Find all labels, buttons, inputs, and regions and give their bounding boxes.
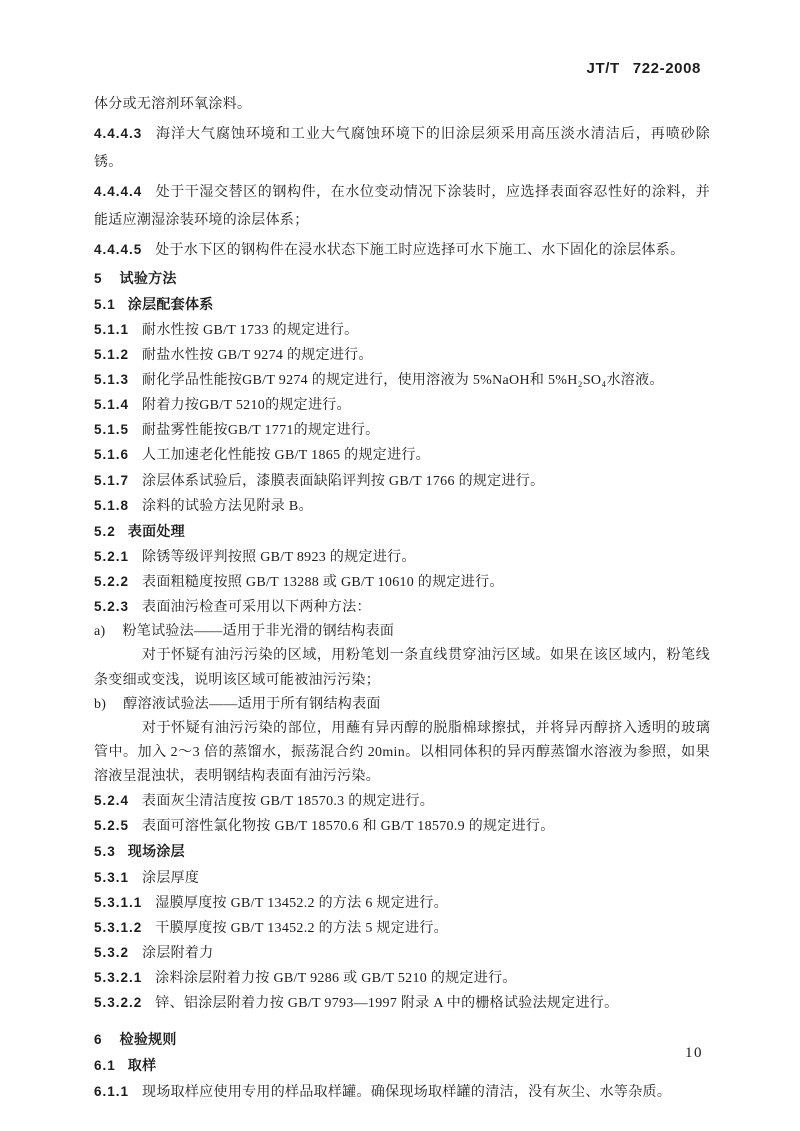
clause-number: 5.1.4 <box>94 397 129 412</box>
clause-number: 5.3.1 <box>94 870 129 885</box>
clause-number: 5.2.1 <box>94 549 129 564</box>
clause-text: 表面可溶性氯化物按 GB/T 18570.6 和 GB/T 18570.9 的规… <box>142 819 554 834</box>
clause-text: 湿膜厚度按 GB/T 13452.2 的方法 6 规定进行。 <box>155 896 448 911</box>
clause-number: 5.2.5 <box>94 818 129 833</box>
clause-text: 涂料涂层附着力按 GB/T 9286 或 GB/T 5210 的规定进行。 <box>155 971 516 986</box>
clause-number: 5.1.6 <box>94 447 129 462</box>
clause-text: 除锈等级评判按照 GB/T 8923 的规定进行。 <box>142 550 416 565</box>
clause-number: 5.3.2.2 <box>94 995 142 1010</box>
clause-number: 5.1.5 <box>94 422 129 437</box>
list-item-a-description: 对于怀疑有油污污染的区域，用粉笔划一条直线贯穿油污区域。如果在该区域内，粉笔线条… <box>94 644 710 692</box>
standard-number: 722-2008 <box>633 60 701 77</box>
clause-4-4-4-5: 4.4.4.5处于水下区的钢构件在浸水状态下施工时应选择可水下施工、水下固化的涂… <box>94 236 710 266</box>
clause-text: 处于水下区的钢构件在浸水状态下施工时应选择可水下施工、水下固化的涂层体系。 <box>155 243 684 258</box>
clause-number: 6.1.1 <box>94 1084 129 1099</box>
clause-5-1-6: 5.1.6人工加速老化性能按 GB/T 1865 的规定进行。 <box>94 443 710 468</box>
clause-text: 耐盐雾性能按GB/T 1771的规定进行。 <box>142 423 379 438</box>
clause-number: 5.1.7 <box>94 473 129 488</box>
clause-5-3-2-2: 5.3.2.2锌、铝涂层附着力按 GB/T 9793—1997 附录 A 中的栅… <box>94 991 710 1016</box>
clause-number: 5.1.2 <box>94 347 129 362</box>
clause-5-1-1: 5.1.1耐水性按 GB/T 1733 的规定进行。 <box>94 318 710 343</box>
paragraph-text: 对于怀疑有油污污染的部位，用蘸有异丙醇的脱脂棉球擦拭，并将异丙醇挤入透明的玻璃管… <box>94 721 710 784</box>
clause-number: 4.4.4.3 <box>94 126 142 141</box>
list-item-a: a)粉笔试验法——适用于非光滑的钢结构表面 <box>94 620 710 644</box>
heading-5: 5试验方法 <box>94 266 710 292</box>
clause-5-1-2: 5.1.2耐盐水性按 GB/T 9274 的规定进行。 <box>94 343 710 368</box>
heading-number: 5 <box>94 271 103 286</box>
clause-number: 5.3.2 <box>94 945 129 960</box>
clause-text: 耐盐水性按 GB/T 9274 的规定进行。 <box>142 348 373 363</box>
clause-number: 5.1.1 <box>94 322 129 337</box>
clause-number: 5.1.8 <box>94 498 129 513</box>
heading-text: 现场涂层 <box>128 843 185 859</box>
list-text: 醇溶液试验法——适用于所有钢结构表面 <box>123 697 380 712</box>
heading-5-3: 5.3现场涂层 <box>94 839 710 865</box>
heading-text: 试验方法 <box>120 270 177 286</box>
clause-text: 锌、铝涂层附着力按 GB/T 9793—1997 附录 A 中的栅格试验法规定进… <box>155 996 618 1011</box>
clause-text: 耐化学品性能按GB/T 9274 的规定进行，使用溶液为 5%NaOH和 5%H… <box>142 373 664 388</box>
list-text: 粉笔试验法——适用于非光滑的钢结构表面 <box>122 624 394 639</box>
list-item-b-description: 对于怀疑有油污污染的部位，用蘸有异丙醇的脱脂棉球擦拭，并将异丙醇挤入透明的玻璃管… <box>94 717 710 789</box>
clause-number: 5.3.1.2 <box>94 920 142 935</box>
clause-5-3-2-1: 5.3.2.1涂料涂层附着力按 GB/T 9286 或 GB/T 5210 的规… <box>94 966 710 991</box>
paragraph-continuation: 体分或无溶剂环氧涂料。 <box>94 91 710 120</box>
clause-text: 耐水性按 GB/T 1733 的规定进行。 <box>142 323 358 338</box>
clause-number: 5.2.2 <box>94 574 129 589</box>
clause-4-4-4-3: 4.4.4.3海洋大气腐蚀环境和工业大气腐蚀环境下的旧涂层须采用高压淡水清洁后，… <box>94 120 710 178</box>
list-item-b: b)醇溶液试验法——适用于所有钢结构表面 <box>94 693 710 717</box>
clause-5-2-3: 5.2.3表面油污检查可采用以下两种方法： <box>94 595 710 620</box>
clause-text: 现场取样应使用专用的样品取样罐。确保现场取样罐的清洁，没有灰尘、水等杂质。 <box>142 1085 671 1100</box>
clause-text: 附着力按GB/T 5210的规定进行。 <box>142 398 351 413</box>
clause-5-1-4: 5.1.4附着力按GB/T 5210的规定进行。 <box>94 393 710 418</box>
clause-5-3-1-1: 5.3.1.1湿膜厚度按 GB/T 13452.2 的方法 6 规定进行。 <box>94 891 710 916</box>
clause-number: 5.1.3 <box>94 372 129 387</box>
clause-text: 表面油污检查可采用以下两种方法： <box>142 600 371 615</box>
heading-6: 6检验规则 <box>94 1027 710 1053</box>
heading-text: 涂层配套体系 <box>128 296 214 312</box>
document-reference-header: JT/T722-2008 <box>587 60 701 77</box>
clause-text: 干膜厚度按 GB/T 13452.2 的方法 5 规定进行。 <box>155 921 448 936</box>
clause-5-2-5: 5.2.5表面可溶性氯化物按 GB/T 18570.6 和 GB/T 18570… <box>94 814 710 839</box>
page-body: 体分或无溶剂环氧涂料。 4.4.4.3海洋大气腐蚀环境和工业大气腐蚀环境下的旧涂… <box>94 91 710 1105</box>
heading-number: 6.1 <box>94 1058 116 1073</box>
heading-6-1: 6.1取样 <box>94 1053 710 1079</box>
clause-text: 涂层附着力 <box>142 946 214 961</box>
heading-text: 表面处理 <box>128 523 185 539</box>
clause-text: 人工加速老化性能按 GB/T 1865 的规定进行。 <box>142 448 430 463</box>
section-4-block: 体分或无溶剂环氧涂料。 4.4.4.3海洋大气腐蚀环境和工业大气腐蚀环境下的旧涂… <box>94 91 710 266</box>
clause-5-2-2: 5.2.2表面粗糙度按照 GB/T 13288 或 GB/T 10610 的规定… <box>94 570 710 595</box>
clause-number: 5.2.4 <box>94 793 129 808</box>
clause-5-2-4: 5.2.4表面灰尘清洁度按 GB/T 18570.3 的规定进行。 <box>94 789 710 814</box>
heading-5-2: 5.2表面处理 <box>94 519 710 545</box>
page-number: 10 <box>685 1045 703 1062</box>
clause-number: 5.2.3 <box>94 599 129 614</box>
clause-number: 4.4.4.5 <box>94 242 142 257</box>
heading-number: 5.2 <box>94 524 116 539</box>
clause-text: 处于干湿交替区的钢构件，在水位变动情况下涂装时，应选择表面容忍性好的涂料，并能适… <box>94 185 710 229</box>
clause-5-1-3: 5.1.3耐化学品性能按GB/T 9274 的规定进行，使用溶液为 5%NaOH… <box>94 368 710 393</box>
clause-5-2-1: 5.2.1除锈等级评判按照 GB/T 8923 的规定进行。 <box>94 545 710 570</box>
clause-text: 表面灰尘清洁度按 GB/T 18570.3 的规定进行。 <box>142 794 434 809</box>
paragraph-text: 对于怀疑有油污污染的区域，用粉笔划一条直线贯穿油污区域。如果在该区域内，粉笔线条… <box>94 648 710 687</box>
clause-5-1-8: 5.1.8涂料的试验方法见附录 B。 <box>94 494 710 519</box>
heading-text: 检验规则 <box>120 1031 177 1047</box>
list-marker: b) <box>94 697 106 712</box>
clause-text: 海洋大气腐蚀环境和工业大气腐蚀环境下的旧涂层须采用高压淡水清洁后，再喷砂除锈。 <box>94 127 710 171</box>
heading-number: 5.1 <box>94 297 116 312</box>
clause-text: 涂料的试验方法见附录 B。 <box>142 499 313 514</box>
clause-6-1-1: 6.1.1现场取样应使用专用的样品取样罐。确保现场取样罐的清洁，没有灰尘、水等杂… <box>94 1080 710 1105</box>
clause-5-1-7: 5.1.7涂层体系试验后，漆膜表面缺陷评判按 GB/T 1766 的规定进行。 <box>94 469 710 494</box>
list-marker: a) <box>94 624 105 639</box>
clause-5-3-2: 5.3.2涂层附着力 <box>94 941 710 966</box>
clause-text: 表面粗糙度按照 GB/T 13288 或 GB/T 10610 的规定进行。 <box>142 575 504 590</box>
clause-number: 5.3.1.1 <box>94 895 142 910</box>
clause-text: 涂层体系试验后，漆膜表面缺陷评判按 GB/T 1766 的规定进行。 <box>142 474 544 489</box>
standard-code: JT/T <box>587 60 620 77</box>
section-5-6-block: 5试验方法 5.1涂层配套体系 5.1.1耐水性按 GB/T 1733 的规定进… <box>94 266 710 1105</box>
clause-5-3-1-2: 5.3.1.2干膜厚度按 GB/T 13452.2 的方法 5 规定进行。 <box>94 916 710 941</box>
heading-number: 5.3 <box>94 844 116 859</box>
document-page: JT/T722-2008 体分或无溶剂环氧涂料。 4.4.4.3海洋大气腐蚀环境… <box>0 0 800 1131</box>
heading-text: 取样 <box>128 1057 157 1073</box>
clause-5-3-1: 5.3.1涂层厚度 <box>94 866 710 891</box>
heading-number: 6 <box>94 1032 103 1047</box>
clause-5-1-5: 5.1.5耐盐雾性能按GB/T 1771的规定进行。 <box>94 418 710 443</box>
clause-text: 涂层厚度 <box>142 871 199 886</box>
clause-number: 4.4.4.4 <box>94 184 142 199</box>
paragraph-text: 体分或无溶剂环氧涂料。 <box>94 97 251 112</box>
clause-number: 5.3.2.1 <box>94 970 142 985</box>
heading-5-1: 5.1涂层配套体系 <box>94 292 710 318</box>
clause-4-4-4-4: 4.4.4.4处于干湿交替区的钢构件，在水位变动情况下涂装时，应选择表面容忍性好… <box>94 178 710 236</box>
